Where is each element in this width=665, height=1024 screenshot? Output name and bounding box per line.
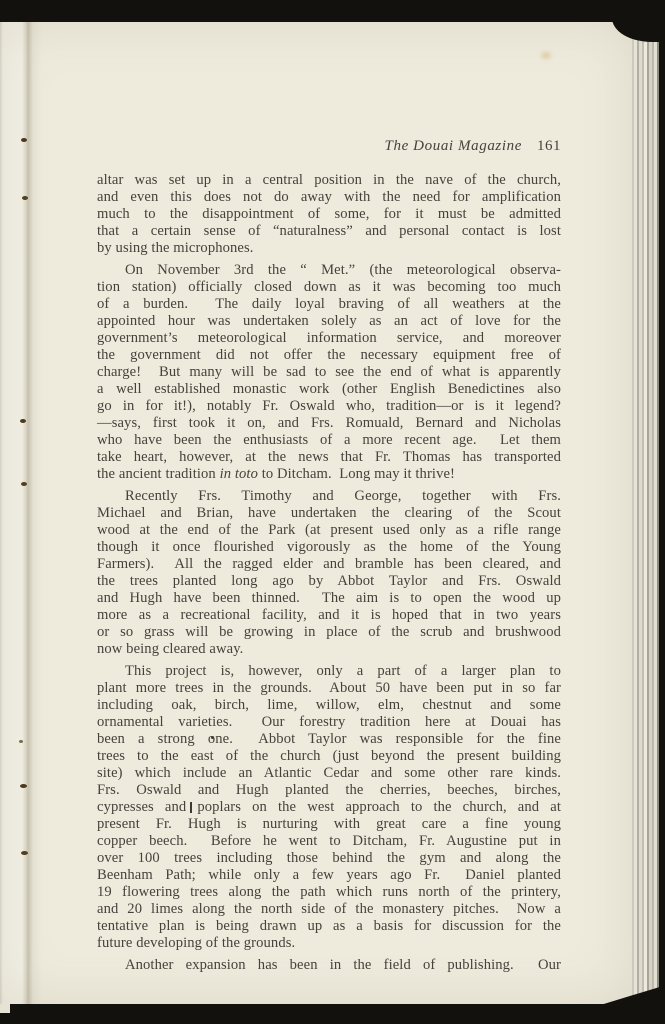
stitch-speck	[20, 784, 27, 788]
text-line: wood at the end of the Park (at present …	[97, 522, 561, 539]
text-line: or so grass will be growing in place of …	[97, 624, 561, 641]
text-line: Beenham Path; while only a few years ago…	[97, 867, 561, 884]
page-header: The Douai Magazine161	[97, 138, 561, 155]
text-line: altar was set up in a central position i…	[97, 172, 561, 189]
stitch-speck	[21, 482, 27, 486]
text-line: of a burden. The daily loyal braving of …	[97, 296, 561, 313]
text-line: a well established monastic work (other …	[97, 381, 561, 398]
text-line: been a strong one. Abbot Taylor was resp…	[97, 731, 561, 748]
text-line: Frs. Oswald and Hugh planted the cherrie…	[97, 782, 561, 799]
stitch-speck	[22, 196, 28, 200]
text-line: go in for it!), notably Fr. Oswald who, …	[97, 398, 561, 415]
text-line: that a certain sense of “naturalness” an…	[97, 223, 561, 240]
text-line: who have been the enthusiasts of a more …	[97, 432, 561, 449]
text-line: government’s meteorological information …	[97, 330, 561, 347]
text-line: ornamental varieties. Our forestry tradi…	[97, 714, 561, 731]
paragraph: altar was set up in a central position i…	[97, 172, 561, 257]
stitch-speck	[19, 740, 23, 743]
text-line: appointed hour was undertaken solely as …	[97, 313, 561, 330]
text-line: much to the disappointment of some, for …	[97, 206, 561, 223]
text-line: by using the microphones.	[97, 240, 561, 257]
text-line: take heart, however, at the news that Fr…	[97, 449, 561, 466]
text-line: though it once flourished vigorously as …	[97, 539, 561, 556]
text-line: and Hugh have been thinned. The aim is t…	[97, 590, 561, 607]
text-line: 19 flowering trees along the path which …	[97, 884, 561, 901]
text-line: site) which include an Atlantic Cedar an…	[97, 765, 561, 782]
fore-edge-pages	[632, 26, 659, 1004]
book-page: The Douai Magazine161 altar was set up i…	[0, 22, 632, 1004]
paragraph: This project is, however, only a part of…	[97, 663, 561, 952]
text-line: trees to the east of the church (just be…	[97, 748, 561, 765]
text-line: charge! But many will be sad to see the …	[97, 364, 561, 381]
text-line: tentative plan is being drawn up as a ba…	[97, 918, 561, 935]
text-line: including oak, birch, lime, willow, elm,…	[97, 697, 561, 714]
paper-stain	[541, 52, 551, 59]
text-line: the trees planted long ago by Abbot Tayl…	[97, 573, 561, 590]
text-line: Another expansion has been in the field …	[97, 957, 561, 974]
text-line: Michael and Brian, have undertaken the c…	[97, 505, 561, 522]
paragraph: On November 3rd the “ Met.” (the meteoro…	[97, 262, 561, 483]
page-text: altar was set up in a central position i…	[97, 172, 561, 974]
text-line: more as a recreational facility, and it …	[97, 607, 561, 624]
text-line: This project is, however, only a part of…	[97, 663, 561, 680]
text-line: Recently Frs. Timothy and George, togeth…	[97, 488, 561, 505]
text-line: and 20 limes along the north side of the…	[97, 901, 561, 918]
text-line: the government did not offer the necessa…	[97, 347, 561, 364]
text-line: plant more trees in the grounds. About 5…	[97, 680, 561, 697]
ink-mark	[190, 802, 192, 813]
text-line: cypresses and poplars on the west approa…	[97, 799, 561, 816]
text-line: present Fr. Hugh is nurturing with great…	[97, 816, 561, 833]
magazine-title: The Douai Magazine	[385, 138, 522, 154]
text-line: On November 3rd the “ Met.” (the meteoro…	[97, 262, 561, 279]
text-line: over 100 trees including those behind th…	[97, 850, 561, 867]
text-line: the ancient tradition in toto to Ditcham…	[97, 466, 561, 483]
paragraph: Recently Frs. Timothy and George, togeth…	[97, 488, 561, 658]
text-line: Farmers). All the ragged elder and bramb…	[97, 556, 561, 573]
text-line: tion station) officially closed down as …	[97, 279, 561, 296]
text-line: now being cleared away.	[97, 641, 561, 658]
page-number: 161	[537, 138, 561, 154]
stitch-speck	[21, 138, 27, 142]
page-edge-sliver	[0, 1004, 10, 1013]
ink-dot	[211, 736, 214, 739]
text-line: future developing of the grounds.	[97, 935, 561, 952]
text-line: copper beech. Before he went to Ditcham,…	[97, 833, 561, 850]
stitch-speck	[20, 419, 26, 423]
stitch-speck	[21, 851, 28, 855]
text-line: and even this does not do away with the …	[97, 189, 561, 206]
paragraph: Another expansion has been in the field …	[97, 957, 561, 974]
text-line: —says, first took it on, and Frs. Romual…	[97, 415, 561, 432]
